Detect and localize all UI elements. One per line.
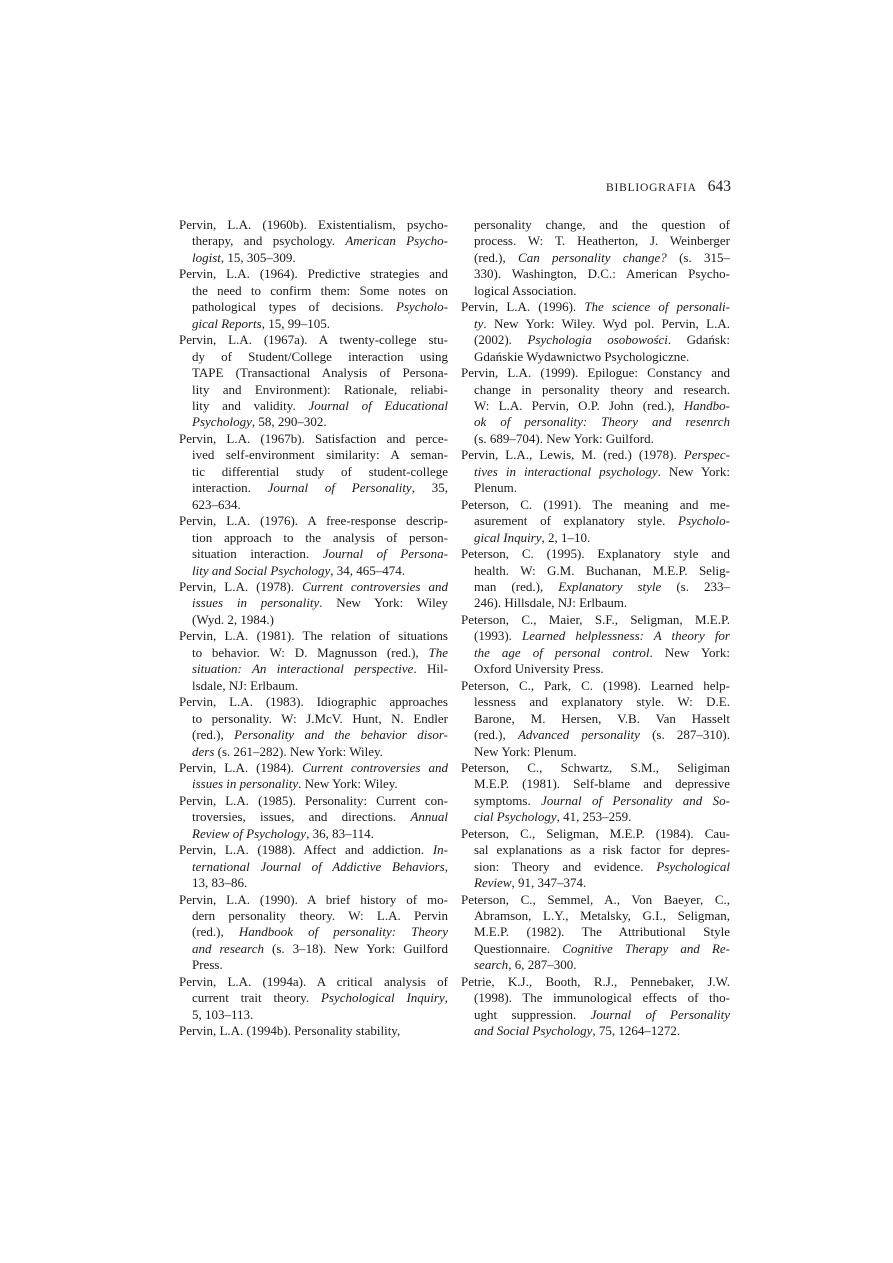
reference-line: Peterson, C., Schwartz, S.M., Seligiman xyxy=(461,760,730,776)
reference-entry: Peterson, C., Semmel, A., Von Baeyer, C.… xyxy=(461,892,730,974)
reference-line: (1993). Learned helplessness: A theory f… xyxy=(461,628,730,644)
reference-line: Pervin, L.A. (1967a). A twenty-college s… xyxy=(179,332,448,348)
reference-line: tives in interactional psychology. New Y… xyxy=(461,464,730,480)
text-run: change in personality theory and researc… xyxy=(474,382,730,397)
text-run: . New York: Wiley. xyxy=(298,776,398,791)
reference-line: Pervin, L.A. (1990). A brief history of … xyxy=(179,892,448,908)
text-run: Barone, M. Hersen, V.B. Van Hasselt xyxy=(474,711,730,726)
text-run: 5, 103–113. xyxy=(192,1007,253,1022)
italic-text-run: Cognitive Therapy and Re- xyxy=(562,941,730,956)
reference-line: symptoms. Journal of Personality and So- xyxy=(461,793,730,809)
reference-line: Pervin, L.A. (1964). Predictive strategi… xyxy=(179,266,448,282)
text-run: Pervin, L.A. (1994b). Personality stabil… xyxy=(179,1023,400,1038)
reference-line: 330). Washington, D.C.: American Psycho- xyxy=(461,266,730,282)
bibliography-column-right: personality change, and the question ofp… xyxy=(461,217,730,1040)
text-run: 246). Hillsdale, NJ: Erlbaum. xyxy=(474,595,627,610)
italic-text-run: logist xyxy=(192,250,221,265)
reference-line: (red.), Personality and the behavior dis… xyxy=(179,727,448,743)
reference-line: (red.), Handbook of personality: Theory xyxy=(179,924,448,940)
italic-text-run: Personality and the behavior disor- xyxy=(234,727,448,742)
reference-line: dern personality theory. W: L.A. Pervin xyxy=(179,908,448,924)
text-run: Peterson, C., Maier, S.F., Seligman, M.E… xyxy=(461,612,730,627)
text-run: current trait theory. xyxy=(192,990,321,1005)
reference-entry: Peterson, C., Maier, S.F., Seligman, M.E… xyxy=(461,612,730,678)
text-run: . Hil- xyxy=(413,661,448,676)
reference-line: M.E.P. (1982). The Attributional Style xyxy=(461,924,730,940)
reference-entry: Pervin, L.A. (1983). Idiographic approac… xyxy=(179,694,448,760)
text-run: , 15, 305–309. xyxy=(221,250,296,265)
reference-line: Psychology, 58, 290–302. xyxy=(179,414,448,430)
text-run: ught suppression. xyxy=(474,1007,591,1022)
text-run: personality change, and the question of xyxy=(474,217,730,232)
reference-line: issues in personality. New York: Wiley xyxy=(179,595,448,611)
reference-line: cial Psychology, 41, 253–259. xyxy=(461,809,730,825)
reference-line: ived self-environment similarity: A sema… xyxy=(179,447,448,463)
text-run: Peterson, C., Schwartz, S.M., Seligiman xyxy=(461,760,730,775)
reference-line: issues in personality. New York: Wiley. xyxy=(179,776,448,792)
reference-line: current trait theory. Psychological Inqu… xyxy=(179,990,448,1006)
reference-line: ternational Journal of Addictive Behavio… xyxy=(179,859,448,875)
text-run: tic differential study of student-colleg… xyxy=(192,464,448,479)
reference-line: Pervin, L.A. (1994b). Personality stabil… xyxy=(179,1023,448,1039)
text-run: therapy, and psychology. xyxy=(192,233,345,248)
italic-text-run: Psychological xyxy=(656,859,730,874)
italic-text-run: issues in personality xyxy=(192,776,298,791)
reference-entry: Pervin, L.A. (1988). Affect and addictio… xyxy=(179,842,448,891)
reference-line: Pervin, L.A. (1996). The science of pers… xyxy=(461,299,730,315)
reference-line: ty. New York: Wiley. Wyd pol. Pervin, L.… xyxy=(461,316,730,332)
italic-text-run: the age of personal control xyxy=(474,645,650,660)
reference-line: Pervin, L.A. (1994a). A critical analysi… xyxy=(179,974,448,990)
text-run: Abramson, L.Y., Metalsky, G.I., Seligman… xyxy=(474,908,730,923)
text-run: (s. 3–18). New York: Guilford xyxy=(264,941,448,956)
reference-line: New York: Plenum. xyxy=(461,744,730,760)
reference-line: (red.), Advanced personality (s. 287–310… xyxy=(461,727,730,743)
reference-line: Oxford University Press. xyxy=(461,661,730,677)
reference-line: Peterson, C. (1995). Explanatory style a… xyxy=(461,546,730,562)
text-run: man (red.), xyxy=(474,579,558,594)
reference-line: TAPE (Transactional Analysis of Persona- xyxy=(179,365,448,381)
text-run: Press. xyxy=(192,957,223,972)
italic-text-run: Annual xyxy=(410,809,448,824)
reference-line: lity and Environment): Rationale, reliab… xyxy=(179,382,448,398)
reference-line: (red.), Can personality change? (s. 315– xyxy=(461,250,730,266)
italic-text-run: In- xyxy=(433,842,448,857)
text-run: sion: Theory and evidence. xyxy=(474,859,656,874)
text-run: symptoms. xyxy=(474,793,541,808)
reference-line: Pervin, L.A. (1984). Current controversi… xyxy=(179,760,448,776)
reference-line: Plenum. xyxy=(461,480,730,496)
text-run: Pervin, L.A. (1960b). Existentialism, ps… xyxy=(179,217,448,232)
document-page: BIBLIOGRAFIA 643 Pervin, L.A. (1960b). E… xyxy=(0,0,893,1263)
text-run: (red.), xyxy=(474,727,518,742)
italic-text-run: lity and Social Psychology xyxy=(192,563,330,578)
reference-line: 246). Hillsdale, NJ: Erlbaum. xyxy=(461,595,730,611)
text-run: W: L.A. Pervin, O.P. John (red.), xyxy=(474,398,684,413)
italic-text-run: Learned helplessness: A theory for xyxy=(522,628,730,643)
italic-text-run: ty xyxy=(474,316,483,331)
reference-line: asurement of explanatory style. Psycholo… xyxy=(461,513,730,529)
text-run: (Wyd. 2, 1984.) xyxy=(192,612,274,627)
text-run: Petrie, K.J., Booth, R.J., Pennebaker, J… xyxy=(461,974,730,989)
text-run: Pervin, L.A. (1996). xyxy=(461,299,584,314)
reference-line: search, 6, 287–300. xyxy=(461,957,730,973)
reference-line: logist, 15, 305–309. xyxy=(179,250,448,266)
italic-text-run: Psycholo- xyxy=(678,513,730,528)
text-run: , 6, 287–300. xyxy=(508,957,576,972)
text-run: the need to confirm them: Some notes on xyxy=(192,283,448,298)
reference-line: Peterson, C. (1991). The meaning and me- xyxy=(461,497,730,513)
text-run: , xyxy=(445,990,448,1005)
text-run: to behavior. W: D. Magnusson (red.), xyxy=(192,645,429,660)
text-run: 13, 83–86. xyxy=(192,875,247,890)
bibliography: Pervin, L.A. (1960b). Existentialism, ps… xyxy=(179,217,730,1040)
reference-entry: Peterson, C., Schwartz, S.M., SeligimanM… xyxy=(461,760,730,826)
text-run: (s. 233– xyxy=(661,579,730,594)
reference-line: pathological types of decisions. Psychol… xyxy=(179,299,448,315)
reference-line: Pervin, L.A. (1999). Epilogue: Constancy… xyxy=(461,365,730,381)
text-run: . New York: xyxy=(658,464,730,479)
text-run: interaction. xyxy=(192,480,268,495)
reference-line: sion: Theory and evidence. Psychological xyxy=(461,859,730,875)
text-run: lity and validity. xyxy=(192,398,308,413)
italic-text-run: ternational Journal of Addictive Behavio… xyxy=(192,859,445,874)
reference-line: Questionnaire. Cognitive Therapy and Re- xyxy=(461,941,730,957)
reference-line: Barone, M. Hersen, V.B. Van Hasselt xyxy=(461,711,730,727)
text-run: Peterson, C., Semmel, A., Von Baeyer, C.… xyxy=(461,892,730,907)
text-run: , 2, 1–10. xyxy=(542,530,591,545)
text-run: Pervin, L.A. (1990). A brief history of … xyxy=(179,892,448,907)
reference-line: 13, 83–86. xyxy=(179,875,448,891)
reference-line: Pervin, L.A. (1983). Idiographic approac… xyxy=(179,694,448,710)
text-run: sal explanations as a risk factor for de… xyxy=(474,842,730,857)
reference-line: Pervin, L.A. (1976). A free-response des… xyxy=(179,513,448,529)
italic-text-run: ders xyxy=(192,744,214,759)
text-run: Pervin, L.A. (1994a). A critical analysi… xyxy=(179,974,448,989)
reference-entry: Pervin, L.A. (1996). The science of pers… xyxy=(461,299,730,365)
reference-line: Pervin, L.A. (1960b). Existentialism, ps… xyxy=(179,217,448,233)
reference-line: therapy, and psychology. American Psycho… xyxy=(179,233,448,249)
reference-entry: Pervin, L.A. (1967a). A twenty-college s… xyxy=(179,332,448,431)
text-run: tion approach to the analysis of person- xyxy=(192,530,448,545)
reference-line: the need to confirm them: Some notes on xyxy=(179,283,448,299)
text-run: 330). Washington, D.C.: American Psycho- xyxy=(474,266,730,281)
reference-line: Pervin, L.A. (1978). Current controversi… xyxy=(179,579,448,595)
bibliography-column-left: Pervin, L.A. (1960b). Existentialism, ps… xyxy=(179,217,448,1040)
reference-entry: Pervin, L.A. (1964). Predictive strategi… xyxy=(179,266,448,332)
text-run: lsdale, NJ: Erlbaum. xyxy=(192,678,298,693)
reference-entry: Pervin, L.A. (1994b). Personality stabil… xyxy=(179,1023,448,1039)
italic-text-run: American Psycho- xyxy=(345,233,448,248)
text-run: asurement of explanatory style. xyxy=(474,513,678,528)
text-run: Questionnaire. xyxy=(474,941,562,956)
text-run: . New York: xyxy=(650,645,730,660)
text-run: (2002). xyxy=(474,332,527,347)
italic-text-run: Review xyxy=(474,875,512,890)
reference-line: Press. xyxy=(179,957,448,973)
italic-text-run: cial Psychology xyxy=(474,809,557,824)
italic-text-run: issues in personality xyxy=(192,595,319,610)
reference-line: tion approach to the analysis of person- xyxy=(179,530,448,546)
reference-line: (1998). The immunological effects of tho… xyxy=(461,990,730,1006)
reference-line: interaction. Journal of Personality, 35, xyxy=(179,480,448,496)
reference-line: 5, 103–113. xyxy=(179,1007,448,1023)
reference-line: W: L.A. Pervin, O.P. John (red.), Handbo… xyxy=(461,398,730,414)
italic-text-run: Perspec- xyxy=(684,447,730,462)
text-run: M.E.P. (1981). Self-blame and depressive xyxy=(474,776,730,791)
text-run: Pervin, L.A. (1999). Epilogue: Constancy… xyxy=(461,365,730,380)
reference-line: Peterson, C., Seligman, M.E.P. (1984). C… xyxy=(461,826,730,842)
text-run: Peterson, C. (1991). The meaning and me- xyxy=(461,497,730,512)
text-run: to personality. W: J.McV. Hunt, N. Endle… xyxy=(192,711,448,726)
reference-line: lsdale, NJ: Erlbaum. xyxy=(179,678,448,694)
text-run: New York: Plenum. xyxy=(474,744,577,759)
reference-line: Pervin, L.A. (1967b). Satisfaction and p… xyxy=(179,431,448,447)
reference-line: to personality. W: J.McV. Hunt, N. Endle… xyxy=(179,711,448,727)
reference-entry: personality change, and the question ofp… xyxy=(461,217,730,299)
text-run: (red.), xyxy=(192,924,239,939)
text-run: Gdańskie Wydawnictwo Psychologiczne. xyxy=(474,349,689,364)
reference-entry: Pervin, L.A., Lewis, M. (red.) (1978). P… xyxy=(461,447,730,496)
italic-text-run: gical Inquiry xyxy=(474,530,542,545)
text-run: , 34, 465–474. xyxy=(330,563,405,578)
reference-entry: Pervin, L.A. (1967b). Satisfaction and p… xyxy=(179,431,448,513)
reference-line: lessness and explanatory style. W: D.E. xyxy=(461,694,730,710)
text-run: lity and Environment): Rationale, reliab… xyxy=(192,382,448,397)
text-run: Pervin, L.A. (1988). Affect and addictio… xyxy=(179,842,433,857)
reference-line: gical Reports, 15, 99–105. xyxy=(179,316,448,332)
page-number: 643 xyxy=(708,178,731,196)
reference-line: to behavior. W: D. Magnusson (red.), The xyxy=(179,645,448,661)
reference-line: Pervin, L.A. (1988). Affect and addictio… xyxy=(179,842,448,858)
reference-line: logical Association. xyxy=(461,283,730,299)
italic-text-run: tives in interactional psychology xyxy=(474,464,658,479)
text-run: . New York: Wiley xyxy=(319,595,448,610)
reference-entry: Pervin, L.A. (1990). A brief history of … xyxy=(179,892,448,974)
reference-entry: Pervin, L.A. (1960b). Existentialism, ps… xyxy=(179,217,448,266)
text-run: dy of Student/College interaction using xyxy=(192,349,448,364)
text-run: pathological types of decisions. xyxy=(192,299,396,314)
reference-entry: Peterson, C. (1995). Explanatory style a… xyxy=(461,546,730,612)
reference-line: personality change, and the question of xyxy=(461,217,730,233)
text-run: situation interaction. xyxy=(192,546,323,561)
page-header: BIBLIOGRAFIA 643 xyxy=(606,178,731,196)
text-run: (s. 287–310). xyxy=(640,727,730,742)
text-run: Plenum. xyxy=(474,480,517,495)
reference-line: Peterson, C., Maier, S.F., Seligman, M.E… xyxy=(461,612,730,628)
italic-text-run: The science of personali- xyxy=(584,299,730,314)
italic-text-run: Psycholo- xyxy=(396,299,448,314)
text-run: , 36, 83–114. xyxy=(306,826,374,841)
text-run: dern personality theory. W: L.A. Pervin xyxy=(192,908,448,923)
text-run: lessness and explanatory style. W: D.E. xyxy=(474,694,730,709)
italic-text-run: The xyxy=(429,645,449,660)
reference-line: situation: An interactional perspective.… xyxy=(179,661,448,677)
italic-text-run: Psychologia osobowości xyxy=(527,332,667,347)
text-run: (red.), xyxy=(474,250,518,265)
reference-line: M.E.P. (1981). Self-blame and depressive xyxy=(461,776,730,792)
text-run: (red.), xyxy=(192,727,234,742)
reference-line: Gdańskie Wydawnictwo Psychologiczne. xyxy=(461,349,730,365)
italic-text-run: Journal of Personality xyxy=(591,1007,730,1022)
italic-text-run: Handbo- xyxy=(684,398,730,413)
reference-line: ders (s. 261–282). New York: Wiley. xyxy=(179,744,448,760)
reference-line: Peterson, C., Semmel, A., Von Baeyer, C.… xyxy=(461,892,730,908)
italic-text-run: and research xyxy=(192,941,264,956)
italic-text-run: Advanced personality xyxy=(518,727,640,742)
reference-entry: Pervin, L.A. (1976). A free-response des… xyxy=(179,513,448,579)
text-run: , 41, 253–259. xyxy=(557,809,632,824)
italic-text-run: search xyxy=(474,957,508,972)
text-run: , 91, 347–374. xyxy=(512,875,587,890)
text-run: Pervin, L.A. (1967a). A twenty-college s… xyxy=(179,332,448,347)
italic-text-run: and Social Psychology xyxy=(474,1023,592,1038)
text-run: , 75, 1264–1272. xyxy=(592,1023,680,1038)
reference-line: dy of Student/College interaction using xyxy=(179,349,448,365)
text-run: TAPE (Transactional Analysis of Persona- xyxy=(192,365,448,380)
reference-line: Peterson, C., Park, C. (1998). Learned h… xyxy=(461,678,730,694)
text-run: Peterson, C., Seligman, M.E.P. (1984). C… xyxy=(461,826,730,841)
italic-text-run: Explanatory style xyxy=(558,579,661,594)
reference-entry: Peterson, C., Park, C. (1998). Learned h… xyxy=(461,678,730,760)
text-run: (s. 261–282). New York: Wiley. xyxy=(214,744,382,759)
italic-text-run: Journal of Educational xyxy=(308,398,448,413)
reference-line: change in personality theory and researc… xyxy=(461,382,730,398)
text-run: Pervin, L.A. (1985). Personality: Curren… xyxy=(179,793,448,808)
running-head-label: BIBLIOGRAFIA xyxy=(606,182,697,194)
text-run: Pervin, L.A. (1984). xyxy=(179,760,302,775)
reference-line: (2002). Psychologia osobowości. Gdańsk: xyxy=(461,332,730,348)
text-run: . New York: Wiley. Wyd pol. Pervin, L.A. xyxy=(483,316,730,331)
reference-line: lity and Social Psychology, 34, 465–474. xyxy=(179,563,448,579)
text-run: process. W: T. Heatherton, J. Weinberger xyxy=(474,233,730,248)
reference-line: process. W: T. Heatherton, J. Weinberger xyxy=(461,233,730,249)
reference-entry: Petrie, K.J., Booth, R.J., Pennebaker, J… xyxy=(461,974,730,1040)
text-run: , 15, 99–105. xyxy=(262,316,330,331)
text-run: , xyxy=(445,859,448,874)
reference-line: Pervin, L.A. (1981). The relation of sit… xyxy=(179,628,448,644)
reference-line: tic differential study of student-colleg… xyxy=(179,464,448,480)
reference-line: Pervin, L.A., Lewis, M. (red.) (1978). P… xyxy=(461,447,730,463)
text-run: (s. 689–704). New York: Guilford. xyxy=(474,431,654,446)
reference-line: 623–634. xyxy=(179,497,448,513)
italic-text-run: Current controversies and xyxy=(302,760,448,775)
reference-line: ok of personality: Theory and resenrch xyxy=(461,414,730,430)
reference-line: ught suppression. Journal of Personality xyxy=(461,1007,730,1023)
italic-text-run: Psychology xyxy=(192,414,252,429)
reference-line: Petrie, K.J., Booth, R.J., Pennebaker, J… xyxy=(461,974,730,990)
reference-entry: Peterson, C. (1991). The meaning and me-… xyxy=(461,497,730,546)
italic-text-run: Review of Psychology xyxy=(192,826,306,841)
text-run: Oxford University Press. xyxy=(474,661,604,676)
text-run: Pervin, L.A. (1983). Idiographic approac… xyxy=(179,694,448,709)
reference-entry: Pervin, L.A. (1981). The relation of sit… xyxy=(179,628,448,694)
text-run: Pervin, L.A. (1978). xyxy=(179,579,302,594)
text-run: M.E.P. (1982). The Attributional Style xyxy=(474,924,730,939)
italic-text-run: Handbook of personality: Theory xyxy=(239,924,448,939)
italic-text-run: Journal of Persona- xyxy=(323,546,448,561)
reference-entry: Peterson, C., Seligman, M.E.P. (1984). C… xyxy=(461,826,730,892)
text-run: Peterson, C. (1995). Explanatory style a… xyxy=(461,546,730,561)
reference-line: Pervin, L.A. (1985). Personality: Curren… xyxy=(179,793,448,809)
text-run: (s. 315– xyxy=(667,250,730,265)
reference-line: sal explanations as a risk factor for de… xyxy=(461,842,730,858)
text-run: 623–634. xyxy=(192,497,241,512)
reference-line: man (red.), Explanatory style (s. 233– xyxy=(461,579,730,595)
text-run: (1993). xyxy=(474,628,522,643)
reference-line: Review, 91, 347–374. xyxy=(461,875,730,891)
reference-entry: Pervin, L.A. (1994a). A critical analysi… xyxy=(179,974,448,1023)
italic-text-run: ok of personality: Theory and resenrch xyxy=(474,414,730,429)
reference-line: situation interaction. Journal of Person… xyxy=(179,546,448,562)
text-run: Pervin, L.A., Lewis, M. (red.) (1978). xyxy=(461,447,684,462)
italic-text-run: situation: An interactional perspective xyxy=(192,661,413,676)
reference-line: lity and validity. Journal of Educationa… xyxy=(179,398,448,414)
reference-line: (Wyd. 2, 1984.) xyxy=(179,612,448,628)
reference-entry: Pervin, L.A. (1985). Personality: Curren… xyxy=(179,793,448,842)
reference-line: and Social Psychology, 75, 1264–1272. xyxy=(461,1023,730,1039)
text-run: , 58, 290–302. xyxy=(252,414,327,429)
reference-line: gical Inquiry, 2, 1–10. xyxy=(461,530,730,546)
italic-text-run: Psychological Inquiry xyxy=(321,990,445,1005)
reference-line: and research (s. 3–18). New York: Guilfo… xyxy=(179,941,448,957)
reference-line: (s. 689–704). New York: Guilford. xyxy=(461,431,730,447)
text-run: health. W: G.M. Buchanan, M.E.P. Selig- xyxy=(474,563,730,578)
text-run: (1998). The immunological effects of tho… xyxy=(474,990,730,1005)
reference-entry: Pervin, L.A. (1978). Current controversi… xyxy=(179,579,448,628)
reference-entry: Pervin, L.A. (1984). Current controversi… xyxy=(179,760,448,793)
text-run: , 35, xyxy=(412,480,448,495)
reference-line: health. W: G.M. Buchanan, M.E.P. Selig- xyxy=(461,563,730,579)
text-run: Pervin, L.A. (1981). The relation of sit… xyxy=(179,628,448,643)
text-run: Pervin, L.A. (1976). A free-response des… xyxy=(179,513,448,528)
reference-line: troversies, issues, and directions. Annu… xyxy=(179,809,448,825)
reference-entry: Pervin, L.A. (1999). Epilogue: Constancy… xyxy=(461,365,730,447)
italic-text-run: Can personality change? xyxy=(518,250,667,265)
text-run: Peterson, C., Park, C. (1998). Learned h… xyxy=(461,678,730,693)
text-run: ived self-environment similarity: A sema… xyxy=(192,447,448,462)
italic-text-run: Journal of Personality and So- xyxy=(541,793,730,808)
italic-text-run: gical Reports xyxy=(192,316,262,331)
reference-line: the age of personal control. New York: xyxy=(461,645,730,661)
italic-text-run: Journal of Personality xyxy=(268,480,412,495)
reference-line: Review of Psychology, 36, 83–114. xyxy=(179,826,448,842)
text-run: . Gdańsk: xyxy=(668,332,730,347)
text-run: Pervin, L.A. (1967b). Satisfaction and p… xyxy=(179,431,448,446)
italic-text-run: Current controversies and xyxy=(302,579,448,594)
text-run: logical Association. xyxy=(474,283,577,298)
text-run: troversies, issues, and directions. xyxy=(192,809,410,824)
reference-line: Abramson, L.Y., Metalsky, G.I., Seligman… xyxy=(461,908,730,924)
text-run: Pervin, L.A. (1964). Predictive strategi… xyxy=(179,266,448,281)
